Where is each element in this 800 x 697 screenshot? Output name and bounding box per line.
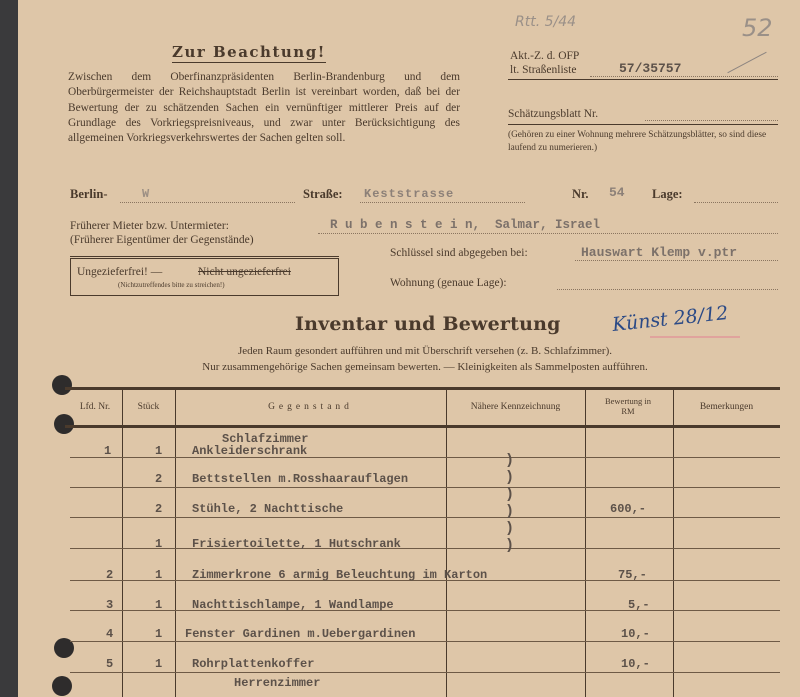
pencil-page-number: 52 — [742, 14, 773, 42]
punch-hole — [52, 375, 72, 395]
mieter-label: Früherer Mieter bzw. Untermieter: — [70, 220, 229, 232]
gegenstand: Ankleiderschrank — [192, 444, 307, 458]
punch-hole — [52, 676, 72, 696]
gegenstand: Bettstellen m.Rosshaarauflagen — [192, 472, 408, 486]
dotted-line — [694, 202, 778, 203]
schluessel-label: Schlüssel sind abgegeben bei: — [390, 247, 528, 259]
col-header-kennzeichnung: Nähere Kennzeichnung — [446, 402, 585, 412]
lfd-nr: 1 — [104, 444, 111, 458]
row-line — [70, 610, 780, 611]
inventory-title: Inventar und Bewertung — [295, 313, 561, 335]
strassenliste-label: lt. Straßenliste — [510, 63, 576, 77]
strassenliste-value: 57/35757 — [619, 61, 681, 76]
column-divider — [446, 390, 447, 697]
gegenstand: Stühle, 2 Nachttische — [192, 502, 343, 516]
red-mark — [650, 336, 740, 338]
col-header-stueck: Stück — [122, 402, 175, 412]
lfd-nr: 4 — [106, 627, 113, 641]
dotted-line — [575, 260, 778, 261]
berlin-label: Berlin- — [70, 187, 108, 202]
notice-body: Zwischen dem Oberfinanzpräsidenten Berli… — [68, 70, 460, 146]
stueck: 1 — [155, 568, 162, 582]
col-header-gegenstand: Gegenstand — [175, 402, 446, 412]
column-divider — [122, 390, 123, 697]
lfd-nr: 3 — [106, 598, 113, 612]
divider — [508, 79, 778, 80]
stueck: 1 — [155, 657, 162, 671]
gegenstand: Zimmerkrone 6 armig Beleuchtung im Karto… — [192, 568, 487, 582]
ungeziefer-note: (Nichtzutreffendes bitte zu streichen!) — [118, 281, 225, 289]
pencil-note: Rtt. 5/44 — [515, 14, 576, 30]
punch-hole — [54, 414, 74, 434]
wohnung-label: Wohnung (genaue Lage): — [390, 277, 507, 289]
gegenstand: Frisiertoilette, 1 Hutschrank — [192, 537, 401, 551]
stueck: 2 — [155, 502, 162, 516]
dotted-line — [590, 76, 778, 77]
divider — [70, 256, 339, 257]
column-divider — [585, 390, 586, 697]
room-header: Herrenzimmer — [234, 676, 320, 690]
divider — [508, 124, 778, 125]
stueck: 1 — [155, 598, 162, 612]
lfd-nr: 2 — [106, 568, 113, 582]
row-line — [70, 548, 780, 549]
row-line — [70, 457, 780, 458]
row-line — [70, 641, 780, 642]
ungeziefer-label: Ungezieferfrei! — — [77, 266, 162, 278]
schaetzungsblatt-note: (Gehören zu einer Wohnung mehrere Schätz… — [508, 129, 780, 155]
berlin-district-value: W — [142, 187, 149, 201]
lage-label: Lage: — [652, 187, 683, 202]
column-divider — [175, 390, 176, 697]
stueck: 1 — [155, 444, 162, 458]
dotted-line — [120, 202, 295, 203]
col-header-lfd-nr: Lfd. Nr. — [68, 402, 122, 412]
ungeziefer-struck: Nicht ungezieferfrei — [198, 266, 291, 278]
row-line — [70, 672, 780, 673]
schaetzungsblatt-label: Schätzungsblatt Nr. — [508, 108, 598, 120]
nr-label: Nr. — [572, 187, 589, 202]
gegenstand: Rohrplattenkoffer — [192, 657, 314, 671]
col-header-bemerkungen: Bemerkungen — [673, 402, 780, 412]
strasse-value: Keststrasse — [364, 187, 454, 201]
row-line — [70, 487, 780, 488]
bewertung: 600,- — [610, 502, 646, 516]
dotted-line — [360, 202, 525, 203]
dotted-line — [557, 289, 778, 290]
dotted-line — [318, 233, 778, 234]
bewertung: 10,- — [621, 627, 650, 641]
lfd-nr: 5 — [106, 657, 113, 671]
binder-edge — [0, 0, 18, 697]
mieter-value: R u b e n s t e i n, Salmar, Israel — [330, 218, 600, 232]
aktz-label: Akt.-Z. d. OFP — [510, 49, 579, 63]
bewertung: 75,- — [618, 568, 647, 582]
column-divider — [673, 390, 674, 697]
strasse-label: Straße: — [303, 187, 343, 202]
gegenstand: Fenster Gardinen m.Uebergardinen — [185, 627, 415, 641]
gegenstand: Nachttischlampe, 1 Wandlampe — [192, 598, 394, 612]
bewertung: 10,- — [621, 657, 650, 671]
stueck: 1 — [155, 627, 162, 641]
notice-title: Zur Beachtung! — [172, 43, 326, 63]
stueck: 1 — [155, 537, 162, 551]
instruction-2: Nur zusammengehörige Sachen gemeinsam be… — [95, 361, 755, 373]
schluessel-value: Hauswart Klemp v.ptr — [581, 245, 737, 260]
nr-value: 54 — [609, 185, 625, 200]
grouping-brace: )))))) — [505, 452, 514, 554]
bewertung: 5,- — [628, 598, 650, 612]
instruction-1: Jeden Raum gesondert aufführen und mit Ü… — [95, 345, 755, 357]
stueck: 2 — [155, 472, 162, 486]
col-header-bewertung: Bewertung in RM — [598, 396, 658, 416]
dotted-line — [645, 120, 778, 121]
mieter-sublabel: (Früherer Eigentümer der Gegenstände) — [70, 234, 254, 246]
row-line — [70, 517, 780, 518]
